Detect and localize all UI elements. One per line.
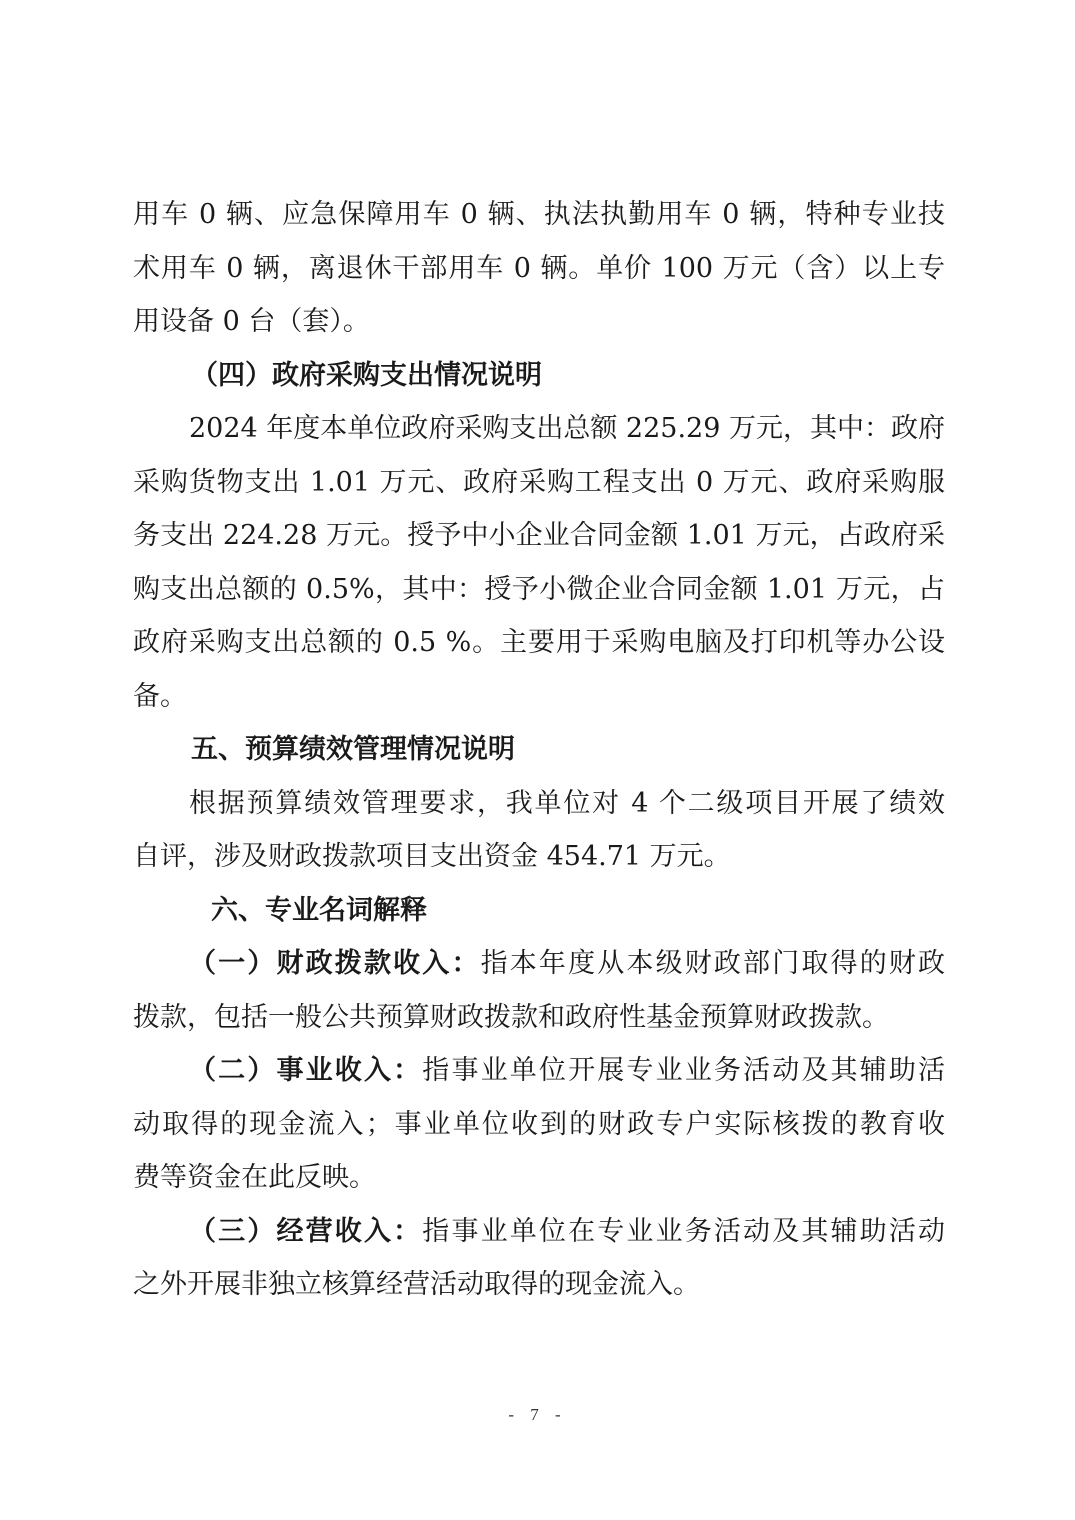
- text-line: 用车 0 辆、应急保障用车 0 辆、执法执勤用车 0 辆，特种专业技: [133, 188, 945, 242]
- definition-term: （一）财政拨款收入：: [189, 948, 481, 979]
- procurement-paragraph: 2024 年度本单位政府采购支出总额 225.29 万元，其中：政府 采购货物支…: [133, 402, 945, 723]
- text-line: 备。: [133, 670, 945, 724]
- text-line: 费等资金在此反映。: [133, 1151, 945, 1205]
- section-6-heading: 六、专业名词解释: [133, 884, 945, 938]
- definition-operating-income: （三）经营收入：指事业单位在专业业务活动及其辅助活动 之外开展非独立核算经营活动…: [133, 1205, 945, 1312]
- text-line: 术用车 0 辆，离退休干部用车 0 辆。单价 100 万元（含）以上专: [133, 242, 945, 296]
- text-line: 务支出 224.28 万元。授予中小企业合同金额 1.01 万元，占政府采: [133, 509, 945, 563]
- definition-term: （三）经营收入：: [189, 1216, 422, 1247]
- text-line: （三）经营收入：指事业单位在专业业务活动及其辅助活动: [133, 1205, 945, 1259]
- text-line: （一）财政拨款收入：指本年度从本级财政部门取得的财政: [133, 937, 945, 991]
- definition-text: 指事业单位在专业业务活动及其辅助活动: [422, 1216, 945, 1247]
- definition-business-income: （二）事业收入：指事业单位开展专业业务活动及其辅助活 动取得的现金流入；事业单位…: [133, 1044, 945, 1205]
- definition-fiscal-appropriation: （一）财政拨款收入：指本年度从本级财政部门取得的财政 拨款，包括一般公共预算财政…: [133, 937, 945, 1044]
- document-page: 用车 0 辆、应急保障用车 0 辆、执法执勤用车 0 辆，特种专业技 术用车 0…: [133, 188, 945, 1312]
- text-line: 动取得的现金流入；事业单位收到的财政专户实际核拨的教育收: [133, 1098, 945, 1152]
- text-line: 用设备 0 台（套）。: [133, 295, 945, 349]
- text-line: 之外开展非独立核算经营活动取得的现金流入。: [133, 1258, 945, 1312]
- vehicle-paragraph: 用车 0 辆、应急保障用车 0 辆、执法执勤用车 0 辆，特种专业技 术用车 0…: [133, 188, 945, 349]
- definition-text: 指事业单位开展专业业务活动及其辅助活: [422, 1055, 945, 1086]
- text-line: 根据预算绩效管理要求，我单位对 4 个二级项目开展了绩效: [133, 777, 945, 831]
- text-line: 自评，涉及财政拨款项目支出资金 454.71 万元。: [133, 830, 945, 884]
- text-line: 2024 年度本单位政府采购支出总额 225.29 万元，其中：政府: [133, 402, 945, 456]
- section-4-heading: （四）政府采购支出情况说明: [133, 349, 945, 403]
- text-line: 采购货物支出 1.01 万元、政府采购工程支出 0 万元、政府采购服: [133, 456, 945, 510]
- text-line: 拨款，包括一般公共预算财政拨款和政府性基金预算财政拨款。: [133, 991, 945, 1045]
- text-line: 购支出总额的 0.5%，其中：授予小微企业合同金额 1.01 万元，占: [133, 563, 945, 617]
- definition-term: （二）事业收入：: [189, 1055, 422, 1086]
- section-5-heading: 五、预算绩效管理情况说明: [133, 723, 945, 777]
- text-line: （二）事业收入：指事业单位开展专业业务活动及其辅助活: [133, 1044, 945, 1098]
- text-line: 政府采购支出总额的 0.5 %。主要用于采购电脑及打印机等办公设: [133, 616, 945, 670]
- definition-text: 指本年度从本级财政部门取得的财政: [481, 948, 945, 979]
- page-number: - 7 -: [0, 1405, 1075, 1425]
- performance-paragraph: 根据预算绩效管理要求，我单位对 4 个二级项目开展了绩效 自评，涉及财政拨款项目…: [133, 777, 945, 884]
